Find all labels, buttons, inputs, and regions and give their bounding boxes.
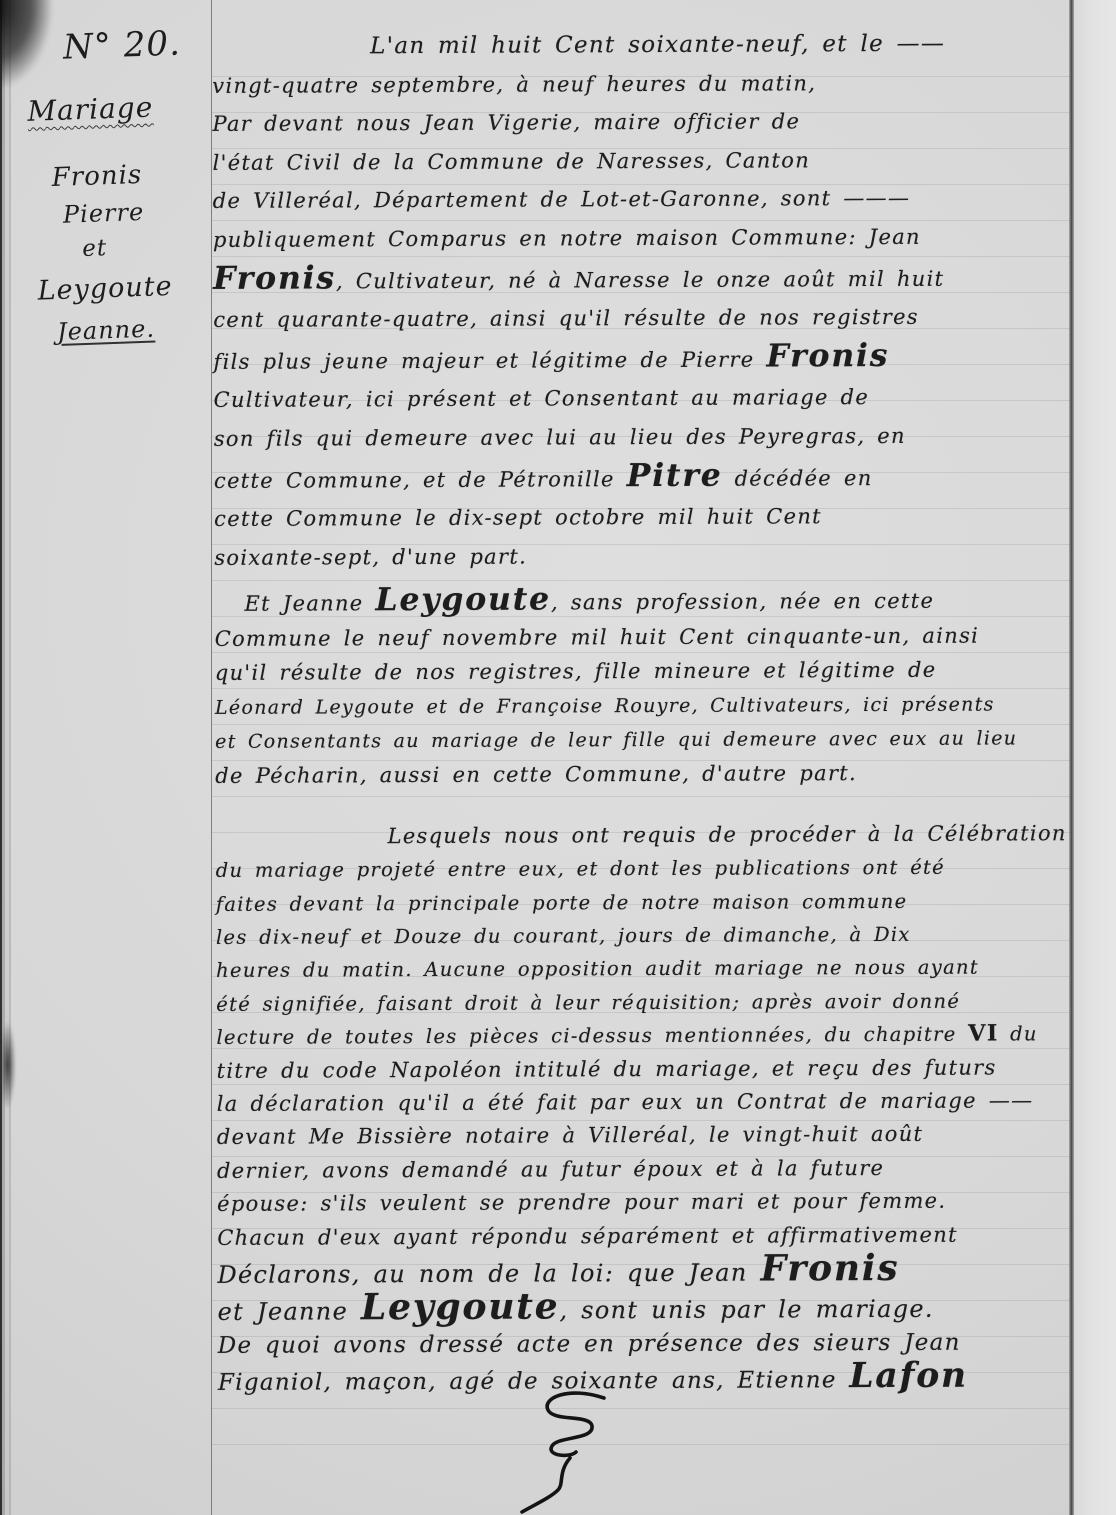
manuscript-text: du mariage projeté entre eux, et dont le… <box>216 856 945 882</box>
groom-given-name: Pierre <box>17 196 208 231</box>
emphasized-word: Fronis <box>760 1247 899 1290</box>
manuscript-text: , Cultivateur, né à Naresse le onze août… <box>336 266 945 293</box>
manuscript-line: Léonard Leygoute et de Françoise Rouyre,… <box>215 687 1081 725</box>
bride-surname: Leygoute <box>19 270 210 308</box>
manuscript-line: de Villeréal, Département de Lot-et-Garo… <box>213 178 1079 220</box>
scan-left-edge <box>0 0 18 1515</box>
manuscript-text: devant Me Bissière notaire à Villeréal, … <box>217 1122 924 1149</box>
scanned-page: N° 20. Mariage Fronis Pierre et Leygoute… <box>0 0 1116 1515</box>
manuscript-line: épouse: s'ils veulent se prendre pour ma… <box>217 1184 1083 1221</box>
manuscript-text: L'an mil huit Cent soixante-neuf, et le … <box>370 31 945 60</box>
manuscript-text: de Pécharin, aussi en cette Commune, d'a… <box>215 761 857 788</box>
manuscript-line: cette Commune, et de Pétronille Pitre dé… <box>214 455 1080 500</box>
manuscript-text: heures du matin. Aucune opposition audit… <box>216 956 979 982</box>
manuscript-line: devant Me Bissière notaire à Villeréal, … <box>217 1118 1083 1155</box>
manuscript-text: Commune le neuf novembre mil huit Cent c… <box>215 623 980 650</box>
manuscript-line: Et Jeanne Leygoute, sans profession, née… <box>214 580 1080 621</box>
manuscript-text: cette Commune le dix-sept octobre mil hu… <box>214 504 822 531</box>
margin-annotations: N° 20. Mariage Fronis Pierre et Leygoute… <box>11 23 212 347</box>
manuscript-text: été signifiée, faisant droit à leur réqu… <box>216 989 960 1015</box>
manuscript-text: et Jeanne <box>218 1298 361 1327</box>
emphasized-word: Leygoute <box>361 1286 560 1329</box>
manuscript-line: et Jeanne Leygoute, sont unis par le mar… <box>218 1289 1084 1330</box>
manuscript-text: du <box>999 1022 1038 1045</box>
manuscript-line: titre du code Napoléon intitulé du maria… <box>216 1051 1082 1088</box>
emphasized-word: Lafon <box>849 1356 968 1397</box>
manuscript-text: Et Jeanne <box>244 592 375 617</box>
manuscript-line: fils plus jeune majeur et légitime de Pi… <box>213 336 1079 381</box>
manuscript-line: la déclaration qu'il a été fait par eux … <box>217 1084 1083 1121</box>
conjunction-et: et <box>18 232 209 265</box>
paragraph-3: Lesquels nous ont requis de procéder à l… <box>215 817 1084 1401</box>
scan-edge-smudge <box>2 1020 16 1110</box>
manuscript-line: Chacun d'eux ayant répondu séparément et… <box>217 1218 1083 1255</box>
manuscript-line: publiquement Comparus en notre maison Co… <box>213 217 1079 259</box>
manuscript-text: épouse: s'ils veulent se prendre pour ma… <box>217 1189 946 1216</box>
manuscript-text: dernier, avons demandé au futur époux et… <box>217 1156 884 1183</box>
manuscript-text: Chacun d'eux ayant répondu séparément et… <box>217 1222 958 1249</box>
manuscript-line: Fronis, Cultivateur, né à Naresse le onz… <box>213 256 1079 301</box>
manuscript-line: L'an mil huit Cent soixante-neuf, et le … <box>212 24 1078 66</box>
manuscript-text: De quoi avons dressé acte en présence de… <box>218 1329 961 1358</box>
manuscript-line: son fils qui demeure avec lui au lieu de… <box>214 416 1080 458</box>
manuscript-text: la déclaration qu'il a été fait par eux … <box>217 1088 1034 1116</box>
manuscript-text: , sans profession, née en cette <box>551 589 934 615</box>
manuscript-text: vingt-quatre septembre, à neuf heures du… <box>212 71 816 98</box>
emphasized-word: Fronis <box>213 259 336 297</box>
manuscript-line: dernier, avons demandé au futur époux et… <box>217 1151 1083 1188</box>
manuscript-text: Par devant nous Jean Vigerie, maire offi… <box>212 110 800 137</box>
manuscript-text: Déclarons, au nom de la loi: que Jean <box>217 1259 760 1289</box>
manuscript-text: fils plus jeune majeur et légitime de Pi… <box>213 347 766 373</box>
manuscript-line: qu'il résulte de nos registres, fille mi… <box>215 652 1081 690</box>
manuscript-text: de Villeréal, Département de Lot-et-Garo… <box>213 186 911 213</box>
emphasized-word: Fronis <box>766 337 889 375</box>
emphasized-word: VI <box>968 1021 999 1047</box>
manuscript-text: Lesquels nous ont requis de procéder à l… <box>387 821 1066 848</box>
manuscript-line: Cultivateur, ici présent et Consentant a… <box>214 377 1080 419</box>
manuscript-text: qu'il résulte de nos registres, fille mi… <box>215 658 937 685</box>
manuscript-line: heures du matin. Aucune opposition audit… <box>216 950 1082 987</box>
manuscript-line: Par devant nous Jean Vigerie, maire offi… <box>212 101 1078 143</box>
signature-flourish <box>518 1388 638 1515</box>
manuscript-line: soixante-sept, d'une part. <box>214 535 1080 577</box>
manuscript-text: son fils qui demeure avec lui au lieu de… <box>214 424 906 451</box>
manuscript-text: les dix-neuf et Douze du courant, jours … <box>216 923 911 949</box>
manuscript-line: cette Commune le dix-sept octobre mil hu… <box>214 496 1080 538</box>
manuscript-text: décédée en <box>723 466 873 491</box>
manuscript-text: soixante-sept, d'une part. <box>214 544 527 569</box>
manuscript-text: faites devant la principale porte de not… <box>216 889 908 915</box>
manuscript-line: et Consentants au mariage de leur fille … <box>215 721 1081 759</box>
bride-given-name: Jeanne. <box>21 314 168 347</box>
manuscript-line: été signifiée, faisant droit à leur réqu… <box>216 984 1082 1021</box>
manuscript-text: cette Commune, et de Pétronille <box>214 467 627 493</box>
manuscript-line: faites devant la principale porte de not… <box>216 884 1082 921</box>
manuscript-line: Lesquels nous ont requis de procéder à l… <box>215 817 1081 854</box>
manuscript-text: Cultivateur, ici présent et Consentant a… <box>214 385 870 412</box>
manuscript-line: Commune le neuf novembre mil huit Cent c… <box>215 618 1081 656</box>
manuscript-text: titre du code Napoléon intitulé du maria… <box>217 1055 997 1082</box>
manuscript-line: l'état Civil de la Commune de Naresses, … <box>213 140 1079 182</box>
manuscript-text: , sont unis par le mariage. <box>559 1295 934 1325</box>
act-number: N° 20. <box>11 23 202 70</box>
manuscript-text: publiquement Comparus en notre maison Co… <box>213 225 921 252</box>
paragraph-1: L'an mil huit Cent soixante-neuf, et le … <box>212 24 1080 577</box>
manuscript-text: Léonard Leygoute et de Françoise Rouyre,… <box>215 693 995 718</box>
manuscript-text: l'état Civil de la Commune de Naresses, … <box>213 148 811 175</box>
manuscript-text: et Consentants au mariage de leur fille … <box>215 727 1017 753</box>
manuscript-line: cent quarante-quatre, ainsi qu'il résult… <box>213 297 1079 339</box>
manuscript-text: lecture de toutes les pièces ci-dessus m… <box>216 1023 968 1049</box>
manuscript-line: du mariage projeté entre eux, et dont le… <box>216 850 1082 887</box>
act-title: Mariage <box>13 91 148 129</box>
margin-rule-line <box>211 0 212 1515</box>
act-body-text: L'an mil huit Cent soixante-neuf, et le … <box>212 24 1084 1400</box>
manuscript-line: lecture de toutes les pièces ci-dessus m… <box>216 1017 1082 1054</box>
manuscript-line: Déclarons, au nom de la loi: que Jean Fr… <box>217 1251 1083 1292</box>
paragraph-2: Et Jeanne Leygoute, sans profession, née… <box>214 580 1081 793</box>
emphasized-word: Pitre <box>627 456 723 493</box>
manuscript-line: vingt-quatre septembre, à neuf heures du… <box>212 63 1078 105</box>
manuscript-line: de Pécharin, aussi en cette Commune, d'a… <box>215 755 1081 793</box>
manuscript-line: Figaniol, maçon, agé de soixante ans, Et… <box>218 1359 1084 1400</box>
emphasized-word: Leygoute <box>375 581 551 619</box>
manuscript-text: cent quarante-quatre, ainsi qu'il résult… <box>213 305 919 332</box>
manuscript-line: les dix-neuf et Douze du courant, jours … <box>216 917 1082 954</box>
groom-surname: Fronis <box>15 158 206 195</box>
